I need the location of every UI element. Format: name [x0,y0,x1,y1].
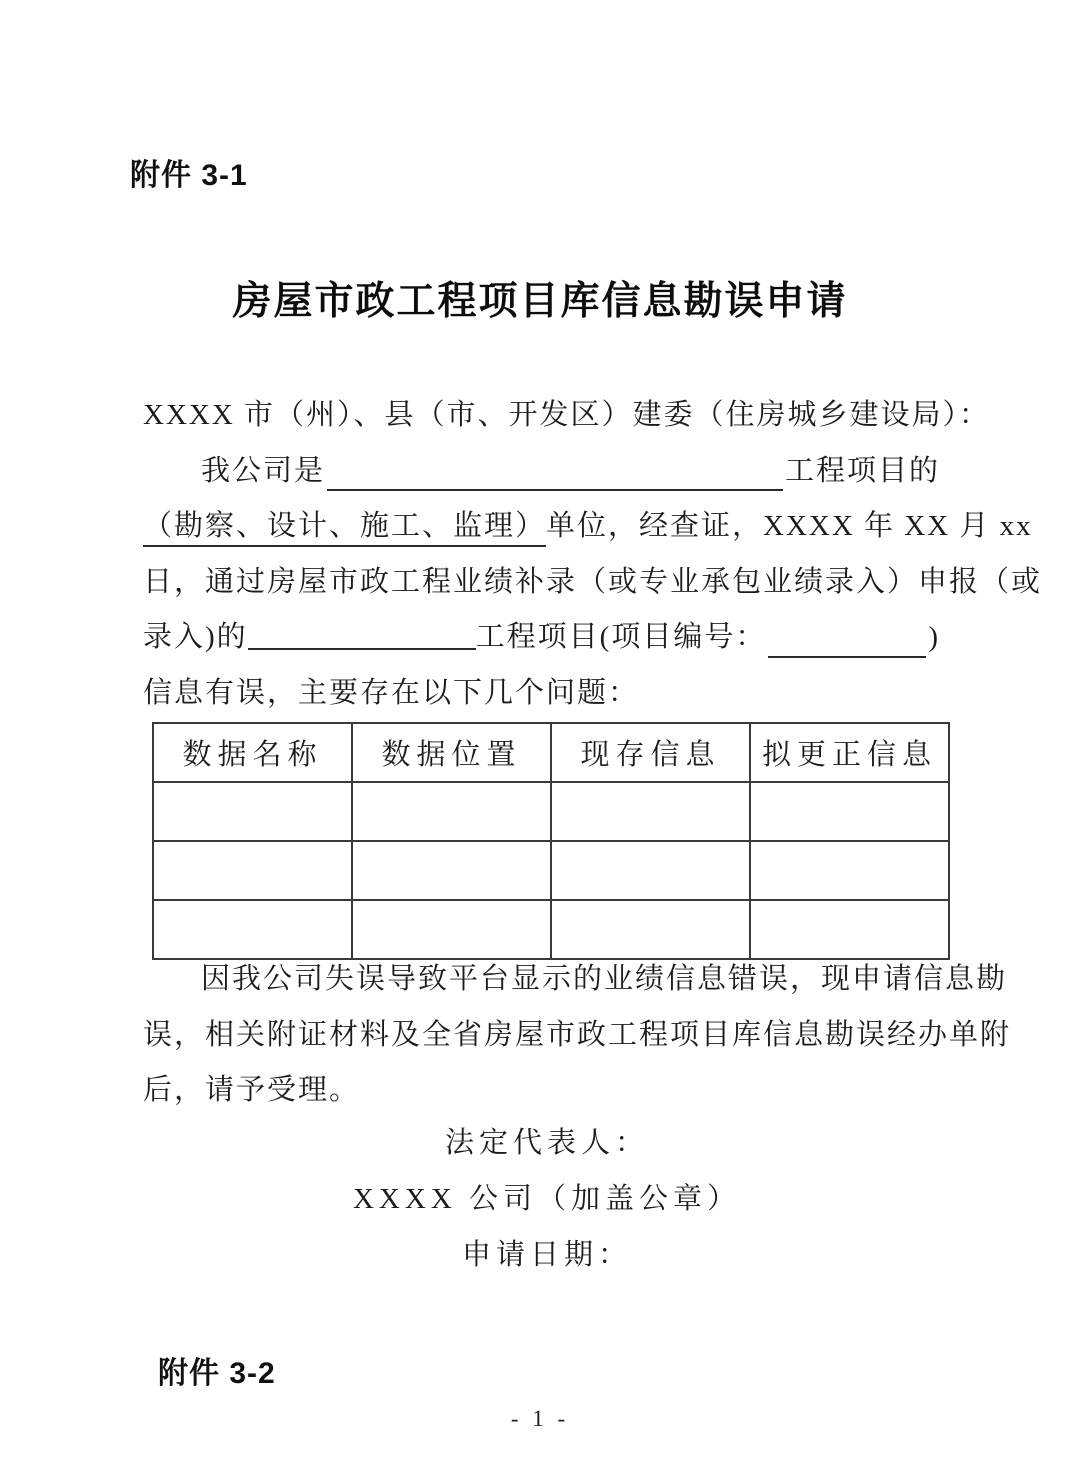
line2-prefix: 我公司是 [143,444,325,500]
paragraph-line-project: 录入)的 工程项目(项目编号： ) [143,610,940,666]
role-options-underlined: （勘察、设计、施工、监理） [143,510,546,547]
correction-data-table: 数据名称 数据位置 现存信息 拟更正信息 [152,722,950,960]
body-text: XXXX 市（州）、县（市、开发区）建委（住房城乡建设局）： 我公司是 工程项目… [143,388,940,721]
blank-underline-project-name [248,610,476,650]
closing-paragraph-line: 因我公司失误导致平台显示的业绩信息错误，现申请信息勘 [143,952,940,1008]
signature-block: 法定代表人： XXXX 公司（加盖公章） 申请日期： [0,1115,1080,1283]
paragraph-line-role: （勘察、设计、施工、监理）单位，经查证，XXXX 年 XX 月 xx [143,499,940,555]
table-cell [750,782,949,841]
document-page: 附件 3-1 房屋市政工程项目库信息勘误申请 XXXX 市（州）、县（市、开发区… [0,0,1080,1457]
table-row [153,900,949,959]
table-header-data-location: 数据位置 [352,723,551,782]
table-header-proposed-correction: 拟更正信息 [750,723,949,782]
paragraph-line-company: 我公司是 工程项目的 [143,444,940,500]
table-header-row: 数据名称 数据位置 现存信息 拟更正信息 [153,723,949,782]
table-cell [352,900,551,959]
legal-representative-line: 法定代表人： [0,1115,1080,1171]
line5-prefix: 录入)的 [143,610,248,666]
table-cell [551,782,750,841]
paragraph-line-channel: 日，通过房屋市政工程业绩补录（或专业承包业绩录入）申报（或 [143,555,940,611]
closing-paragraph-line: 误，相关附证材料及全省房屋市政工程项目库信息勘误经办单附 [143,1008,940,1064]
paragraph-line-issues: 信息有误，主要存在以下几个问题： [143,666,940,722]
line5-mid: 工程项目(项目编号： [476,610,767,666]
table-cell [153,841,352,900]
table-header-data-name: 数据名称 [153,723,352,782]
line2-suffix: 工程项目的 [785,444,940,500]
line3-rest: 单位，经查证，XXXX 年 XX 月 xx [546,510,1033,542]
table-cell [750,841,949,900]
table-header-current-info: 现存信息 [551,723,750,782]
company-seal-line: XXXX 公司（加盖公章） [0,1171,1080,1227]
table-cell [750,900,949,959]
table-row [153,841,949,900]
document-title: 房屋市政工程项目库信息勘误申请 [0,270,1080,326]
line5-suffix: ) [928,610,940,666]
attachment-label-top: 附件 3-1 [130,150,248,194]
blank-underline-project-number [768,610,926,666]
application-date-line: 申请日期： [0,1227,1080,1283]
table-row [153,782,949,841]
attachment-label-bottom: 附件 3-2 [158,1348,276,1392]
table-cell [551,841,750,900]
closing-paragraph-line: 后，请予受理。 [143,1063,940,1119]
closing-paragraph: 因我公司失误导致平台显示的业绩信息错误，现申请信息勘 误，相关附证材料及全省房屋… [143,952,940,1119]
salutation-line: XXXX 市（州）、县（市、开发区）建委（住房城乡建设局）： [143,388,940,444]
table-cell [153,900,352,959]
page-number: - 1 - [0,1406,1080,1432]
table-cell [352,841,551,900]
blank-underline-company-name [327,444,783,500]
table-cell [153,782,352,841]
table-cell [352,782,551,841]
table-cell [551,900,750,959]
